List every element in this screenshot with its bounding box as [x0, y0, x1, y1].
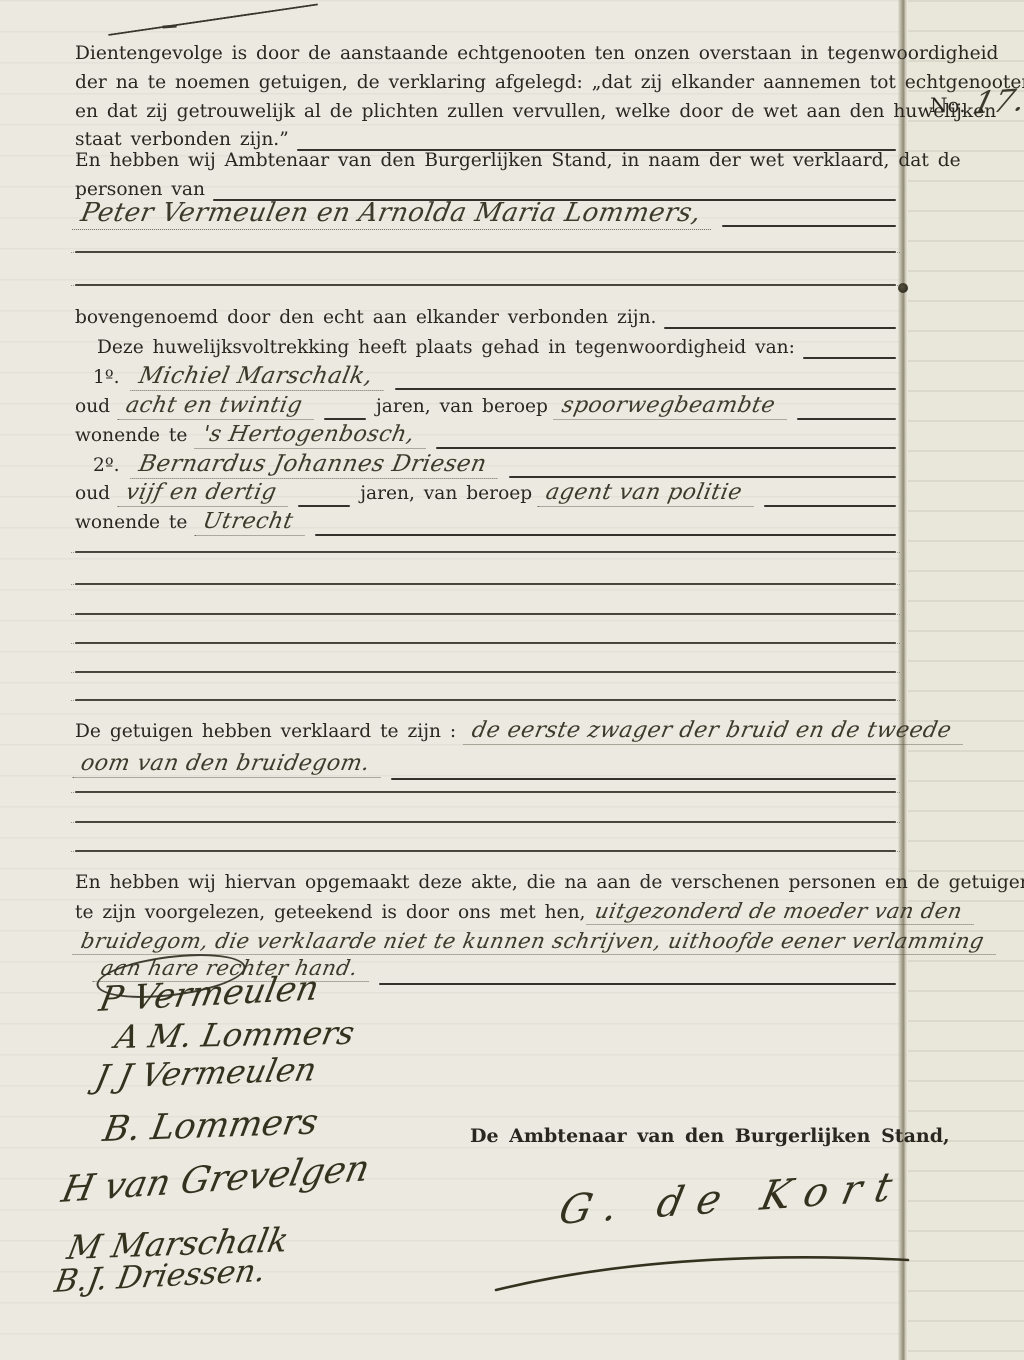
fill-rule: [395, 388, 896, 390]
closing-line2: te zijn voorgelezen, geteekend is door o…: [75, 899, 585, 927]
witness1-profession-label: jaren, van beroep: [376, 393, 548, 421]
witness-statement-hand2: oom van den bruidegom.: [72, 751, 386, 778]
blank-rule: [75, 284, 896, 286]
closing-hand2: bruidegom, die verklaarde niet te kunnen…: [72, 929, 1000, 955]
registrar-signature: G. de Kort: [555, 1163, 910, 1234]
blank-rule: [75, 821, 896, 823]
declaration-line2: der na te noemen getuigen, de verklaring…: [75, 69, 1024, 97]
blank-rule: [75, 583, 896, 585]
stray-pen-stroke: [108, 3, 318, 36]
blank-rule: [75, 671, 896, 673]
witness1-residence-label: wonende te: [75, 422, 187, 450]
marriage-certificate-page: No. 17. Dientengevolge is door de aansta…: [0, 0, 1024, 1360]
blank-rule: [75, 251, 896, 253]
binding-crease: [898, 0, 908, 1360]
fill-rule: [391, 778, 896, 780]
closing-line1: En hebben wij hiervan opgemaakt deze akt…: [75, 869, 1024, 897]
bound-line: bovengenoemd door den echt aan elkander …: [75, 304, 656, 332]
witness1-profession: spoorwegbeambte: [553, 393, 791, 420]
registrar-title: De Ambtenaar van den Burgerlijken Stand,: [470, 1122, 950, 1150]
fill-rule: [315, 534, 896, 536]
witness2-age-label: oud: [75, 480, 110, 508]
closing-hand1: uitgezonderd de moeder van den: [587, 899, 979, 925]
fill-rule: [797, 418, 896, 420]
signature-witness-family3: H van Grevelgen: [58, 1148, 373, 1211]
fill-rule: [722, 225, 896, 227]
declaration-line3: en dat zij getrouwelijk al de plichten z…: [75, 98, 996, 126]
witness1-age-label: oud: [75, 393, 110, 421]
blank-rule: [75, 850, 896, 852]
blank-rule: [75, 642, 896, 644]
signature-witness-family1: J J Vermeulen: [92, 1050, 320, 1096]
declaration-line1: Dientengevolge is door de aanstaande ech…: [75, 40, 998, 68]
fill-rule: [764, 505, 896, 507]
blank-rule: [75, 791, 896, 793]
blank-rule: [75, 699, 896, 701]
witness2-ordinal: 2º.: [93, 452, 119, 480]
witness2-residence: Utrecht: [195, 509, 310, 536]
witness-statement-hand1: de eerste zwager der bruid en de tweede: [464, 718, 968, 745]
signature-bride: A M. Lommers: [112, 1014, 358, 1056]
fill-rule: [509, 476, 896, 478]
witnesses-intro: Deze huwelijksvoltrekking heeft plaats g…: [97, 334, 795, 362]
witness1-residence: 's Hertogenbosch,: [195, 422, 431, 449]
signature-witness-family2: B. Lommers: [100, 1102, 321, 1150]
witness2-name: Bernardus Johannes Driesen: [131, 451, 504, 479]
fill-rule: [324, 418, 366, 420]
registrar-signature-flourish: [488, 1238, 928, 1298]
spouse-names-handwritten: Peter Vermeulen en Arnolda Maria Lommers…: [72, 198, 718, 230]
blank-rule: [75, 551, 896, 553]
witness-statement-label: De getuigen hebben verklaard te zijn :: [75, 718, 456, 746]
witness2-profession: agent van politie: [538, 480, 759, 507]
fill-rule: [803, 357, 896, 359]
fill-rule: [436, 447, 896, 449]
witness2-residence-label: wonende te: [75, 509, 187, 537]
witness1-ordinal: 1º.: [93, 364, 119, 392]
witness1-age: acht en twintig: [117, 393, 318, 420]
page-binding-band: [908, 0, 1024, 1360]
fill-rule: [298, 505, 350, 507]
pronouncement-line1: En hebben wij Ambtenaar van den Burgerli…: [75, 147, 961, 175]
witness1-name: Michiel Marschalk,: [131, 363, 390, 391]
witness2-profession-label: jaren, van beroep: [360, 480, 532, 508]
witness2-age: vijf en dertig: [117, 480, 292, 507]
blank-rule: [75, 613, 896, 615]
fill-rule: [664, 327, 896, 329]
fill-rule: [379, 983, 896, 985]
